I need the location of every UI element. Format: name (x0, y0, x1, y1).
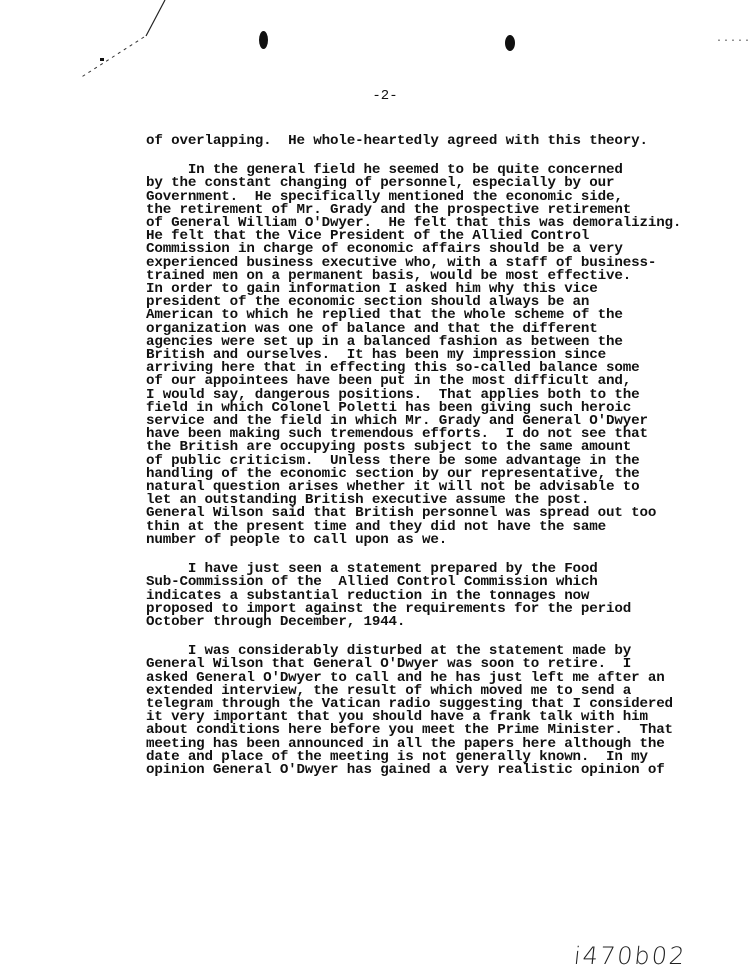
punch-hole-right (505, 35, 515, 51)
scan-mark-lines (60, 0, 170, 80)
paragraph: of overlapping. He whole-heartedly agree… (146, 135, 746, 148)
paragraph: In the general field he seemed to be qui… (146, 164, 746, 547)
document-body: of overlapping. He whole-heartedly agree… (146, 135, 746, 793)
handwritten-annotation: i470b02 (573, 942, 688, 970)
text-line: October through December, 1944. (146, 616, 746, 629)
scan-dots-top-right: ..... (716, 34, 750, 45)
text-line: opinion General O'Dwyer has gained a ver… (146, 764, 746, 777)
text-line: of overlapping. He whole-heartedly agree… (146, 135, 746, 148)
document-page: ..... -2- of overlapping. He whole-heart… (0, 0, 750, 972)
paragraph: I was considerably disturbed at the stat… (146, 645, 746, 777)
text-line: number of people to call upon as we. (146, 534, 746, 547)
paragraph: I have just seen a statement prepared by… (146, 563, 746, 629)
punch-hole-left (259, 31, 268, 49)
page-number: -2- (0, 88, 750, 104)
